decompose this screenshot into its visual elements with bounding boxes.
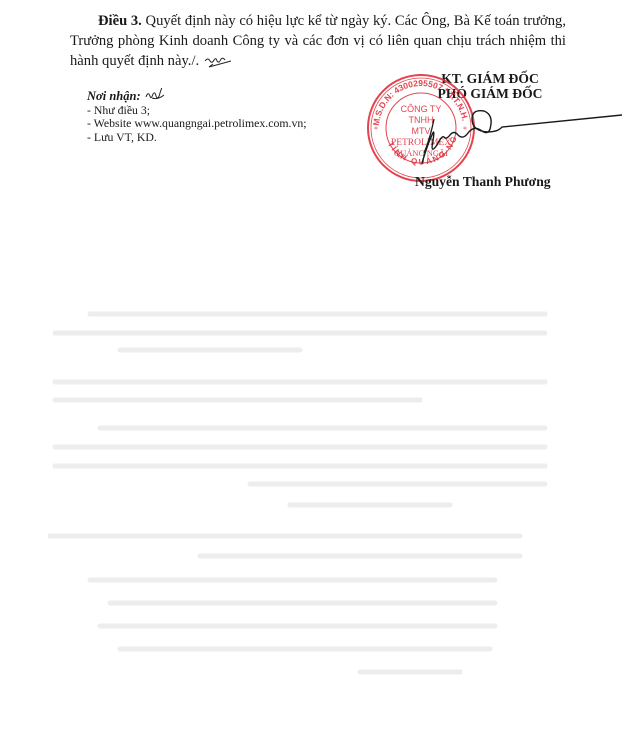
initials-mark-icon (144, 88, 166, 102)
initials-mark-icon (203, 55, 235, 69)
article-line-2: Trưởng phòng Kinh doanh Công ty và các đ… (70, 31, 566, 51)
recipients-title: Nơi nhận: (87, 90, 141, 104)
article-text-3: hành quyết định này./. (70, 53, 199, 69)
article-text-1: Quyết định này có hiệu lực kể từ ngày ký… (146, 13, 566, 29)
article-line-3: hành quyết định này./. (70, 51, 566, 71)
article-3-paragraph: Điều 3. Quyết định này có hiệu lực kể từ… (70, 11, 566, 71)
signer-name: Nguyễn Thanh Phương (415, 174, 551, 190)
handwritten-signature-icon (410, 105, 622, 170)
recipient-item: - Website www.quangngai.petrolimex.com.v… (87, 117, 307, 131)
recipients-block: Nơi nhận: - Như điều 3; - Website www.qu… (87, 88, 307, 144)
article-line-1: Điều 3. Quyết định này có hiệu lực kể từ… (70, 11, 566, 31)
svg-text:*: * (374, 125, 378, 134)
recipient-item: - Lưu VT, KD. (87, 131, 307, 145)
document-page: Điều 3. Quyết định này có hiệu lực kể từ… (0, 0, 622, 733)
recipient-item: - Như điều 3; (87, 104, 307, 118)
article-label: Điều 3. (98, 13, 142, 29)
